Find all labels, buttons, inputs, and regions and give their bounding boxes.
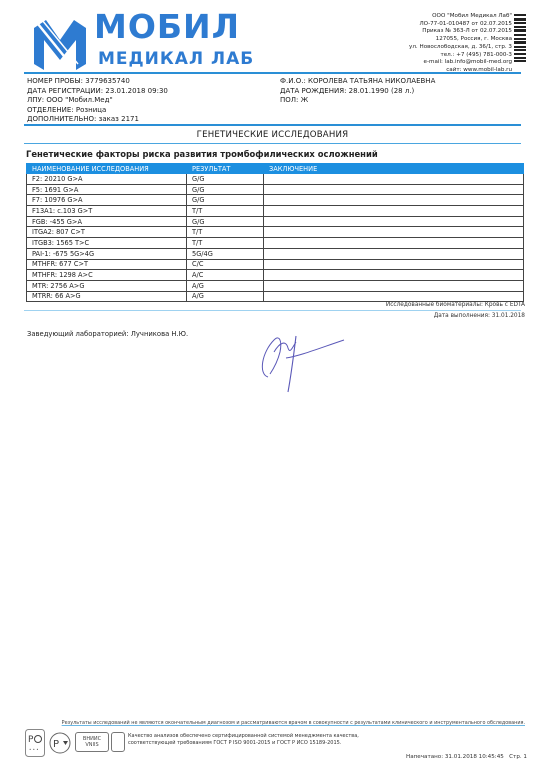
- svg-text:P: P: [53, 739, 59, 750]
- completion-date: Дата выполнения: 31.01.2018: [434, 313, 525, 319]
- table-header: НАИМЕНОВАНИЕ ИССЛЕДОВАНИЯ РЕЗУЛЬТАТ ЗАКЛ…: [27, 164, 524, 174]
- patient-info: Ф.И.О.: КОРОЛЕВА ТАТЬЯНА НИКОЛАЕВНА ДАТА…: [280, 77, 435, 106]
- head-of-lab: Заведующий лабораторией: Лучникова Н.Ю.: [27, 330, 188, 338]
- cell-conclusion: [264, 195, 524, 206]
- sample-info: НОМЕР ПРОБЫ: 3779635740 ДАТА РЕГИСТРАЦИИ…: [27, 77, 168, 125]
- field-label: ПОЛ:: [280, 96, 298, 104]
- cell-name: MTR: 2756 A>G: [27, 280, 187, 291]
- table-row: MTHFR: 677 C>TC/C: [27, 259, 524, 270]
- vniis-certificate: ВНИИС VNIIS: [75, 732, 109, 752]
- cell-conclusion: [264, 291, 524, 302]
- field-label: ДАТА РОЖДЕНИЯ:: [280, 87, 346, 95]
- additional: заказ 2171: [99, 115, 139, 123]
- field-label: ДОПОЛНИТЕЛЬНО:: [27, 115, 96, 123]
- cell-result: A/C: [187, 270, 264, 281]
- cell-conclusion: [264, 248, 524, 259]
- cell-conclusion: [264, 270, 524, 281]
- field-label: ЛПУ:: [27, 96, 44, 104]
- table-row: F5: 1691 G>AG/G: [27, 184, 524, 195]
- cell-name: ITGA2: 807 C>T: [27, 227, 187, 238]
- cell-conclusion: [264, 206, 524, 217]
- cell-result: G/G: [187, 184, 264, 195]
- cell-result: G/G: [187, 195, 264, 206]
- quality-line: Качество анализов обеспечено сертифициро…: [128, 733, 359, 740]
- svg-text:P: P: [28, 735, 34, 745]
- registration-date-row: ДАТА РЕГИСТРАЦИИ: 23.01.2018 09:30: [27, 87, 168, 97]
- company-line: тел.: +7 (495) 781-000-3: [409, 52, 512, 60]
- cell-name: PAI-1: -675 5G>4G: [27, 248, 187, 259]
- company-line: 127055, Россия, г. Москва: [409, 36, 512, 44]
- table-row: MTR: 2756 A>GA/G: [27, 280, 524, 291]
- company-logo: МОБИЛ МЕДИКАЛ ЛАБ: [32, 8, 262, 70]
- patient-name: КОРОЛЕВА ТАТЬЯНА НИКОЛАЕВНА: [308, 77, 435, 85]
- cell-conclusion: [264, 280, 524, 291]
- print-info: Напечатано: 31.01.2018 10:45:45 Стр. 1: [406, 754, 527, 760]
- cell-result: T/T: [187, 227, 264, 238]
- cell-result: C/C: [187, 259, 264, 270]
- company-line: ЛО-77-01-010487 от 02.07.2015: [409, 21, 512, 29]
- quality-line: соответствующей требованиям ГОСТ Р ISO 9…: [128, 740, 359, 747]
- cell-name: MTHFR: 677 C>T: [27, 259, 187, 270]
- cell-name: MTRR: 66 A>G: [27, 291, 187, 302]
- birth-date-row: ДАТА РОЖДЕНИЯ: 28.01.1990 (28 л.): [280, 87, 435, 97]
- table-row: F2: 20210 G>AG/G: [27, 174, 524, 185]
- table-row: F13A1: c.103 G>TT/T: [27, 206, 524, 217]
- column-header-result: РЕЗУЛЬТАТ: [187, 164, 264, 174]
- section-title: ГЕНЕТИЧЕСКИЕ ИССЛЕДОВАНИЯ: [0, 130, 545, 140]
- table-row: MTRR: 66 A>GA/G: [27, 291, 524, 302]
- department: Розница: [76, 106, 106, 114]
- sex-row: ПОЛ: Ж: [280, 96, 435, 106]
- registration-date: 23.01.2018 09:30: [105, 87, 167, 95]
- cell-result: G/G: [187, 216, 264, 227]
- logo-m-icon: [32, 14, 88, 70]
- cell-conclusion: [264, 216, 524, 227]
- cell-result: A/G: [187, 280, 264, 291]
- panel-title: Генетические факторы риска развития тром…: [26, 149, 378, 159]
- cert-label: VNIIS: [76, 742, 108, 748]
- table-row: ITGB3: 1565 T>CT/T: [27, 238, 524, 249]
- cell-name: F7: 10976 G>A: [27, 195, 187, 206]
- sex: Ж: [301, 96, 309, 104]
- disclaimer: Результаты исследований не являются окон…: [20, 720, 525, 726]
- table-row: PAI-1: -675 5G>4G5G/4G: [27, 248, 524, 259]
- header-divider: [24, 72, 521, 74]
- cell-name: MTHFR: 1298 A>C: [27, 270, 187, 281]
- logo-subtitle: МЕДИКАЛ ЛАБ: [98, 48, 254, 70]
- column-header-conclusion: ЗАКЛЮЧЕНИЕ: [264, 164, 524, 174]
- cell-name: FGB: -455 G>A: [27, 216, 187, 227]
- biomaterial: Исследованные биоматериалы: Кровь с EDTA: [386, 302, 525, 308]
- cell-name: F2: 20210 G>A: [27, 174, 187, 185]
- field-label: Ф.И.О.:: [280, 77, 306, 85]
- certification-logos: P • • • P ВНИИС VNIIS: [25, 729, 125, 757]
- company-line: e-mail: lab.info@mobil-med.org: [409, 59, 512, 67]
- sample-number-row: НОМЕР ПРОБЫ: 3779635740: [27, 77, 168, 87]
- cell-result: G/G: [187, 174, 264, 185]
- birth-date: 28.01.1990 (28 л.): [349, 87, 415, 95]
- column-header-test: НАИМЕНОВАНИЕ ИССЛЕДОВАНИЯ: [27, 164, 187, 174]
- printed-timestamp: Напечатано: 31.01.2018 10:45:45: [406, 754, 504, 760]
- results-table: НАИМЕНОВАНИЕ ИССЛЕДОВАНИЯ РЕЗУЛЬТАТ ЗАКЛ…: [26, 163, 524, 302]
- cert-stamp-icon: [111, 732, 125, 752]
- cell-result: T/T: [187, 206, 264, 217]
- signature-image: [240, 322, 350, 397]
- barcode-icon: [514, 14, 526, 72]
- table-row: ITGA2: 807 C>TT/T: [27, 227, 524, 238]
- cell-name: F13A1: c.103 G>T: [27, 206, 187, 217]
- company-line: ул. Новослободская, д. 36/1, стр. 3: [409, 44, 512, 52]
- field-label: ДАТА РЕГИСТРАЦИИ:: [27, 87, 103, 95]
- patient-name-row: Ф.И.О.: КОРОЛЕВА ТАТЬЯНА НИКОЛАЕВНА: [280, 77, 435, 87]
- cell-conclusion: [264, 227, 524, 238]
- cell-conclusion: [264, 259, 524, 270]
- clinic: ООО "Мобил.Мед": [46, 96, 112, 104]
- department-row: ОТДЕЛЕНИЕ: Розница: [27, 106, 168, 116]
- logo-title: МОБИЛ: [94, 8, 240, 46]
- cell-name: ITGB3: 1565 T>C: [27, 238, 187, 249]
- cell-result: T/T: [187, 238, 264, 249]
- cell-result: 5G/4G: [187, 248, 264, 259]
- quality-statement: Качество анализов обеспечено сертифициро…: [128, 733, 359, 747]
- rst-mark-icon: P: [49, 730, 71, 756]
- clinic-row: ЛПУ: ООО "Мобил.Мед": [27, 96, 168, 106]
- company-line: ООО "Мобил Медикал Лаб": [409, 13, 512, 21]
- svg-text:• • •: • • •: [29, 747, 39, 752]
- patient-divider: [24, 124, 521, 126]
- cell-conclusion: [264, 184, 524, 195]
- rst-certificate-icon: P • • •: [25, 729, 45, 757]
- cell-conclusion: [264, 174, 524, 185]
- company-line: Приказ № 363-Л от 02.07.2015: [409, 28, 512, 36]
- field-label: ОТДЕЛЕНИЕ:: [27, 106, 74, 114]
- table-row: FGB: -455 G>AG/G: [27, 216, 524, 227]
- cell-name: F5: 1691 G>A: [27, 184, 187, 195]
- sample-number: 3779635740: [85, 77, 130, 85]
- section-divider: [24, 143, 521, 144]
- table-row: F7: 10976 G>AG/G: [27, 195, 524, 206]
- cell-conclusion: [264, 238, 524, 249]
- company-details: ООО "Мобил Медикал Лаб" ЛО-77-01-010487 …: [409, 13, 512, 75]
- cell-result: A/G: [187, 291, 264, 302]
- field-label: НОМЕР ПРОБЫ:: [27, 77, 83, 85]
- page-number: Стр. 1: [509, 754, 527, 760]
- table-row: MTHFR: 1298 A>CA/C: [27, 270, 524, 281]
- biomaterial-divider: [24, 310, 521, 311]
